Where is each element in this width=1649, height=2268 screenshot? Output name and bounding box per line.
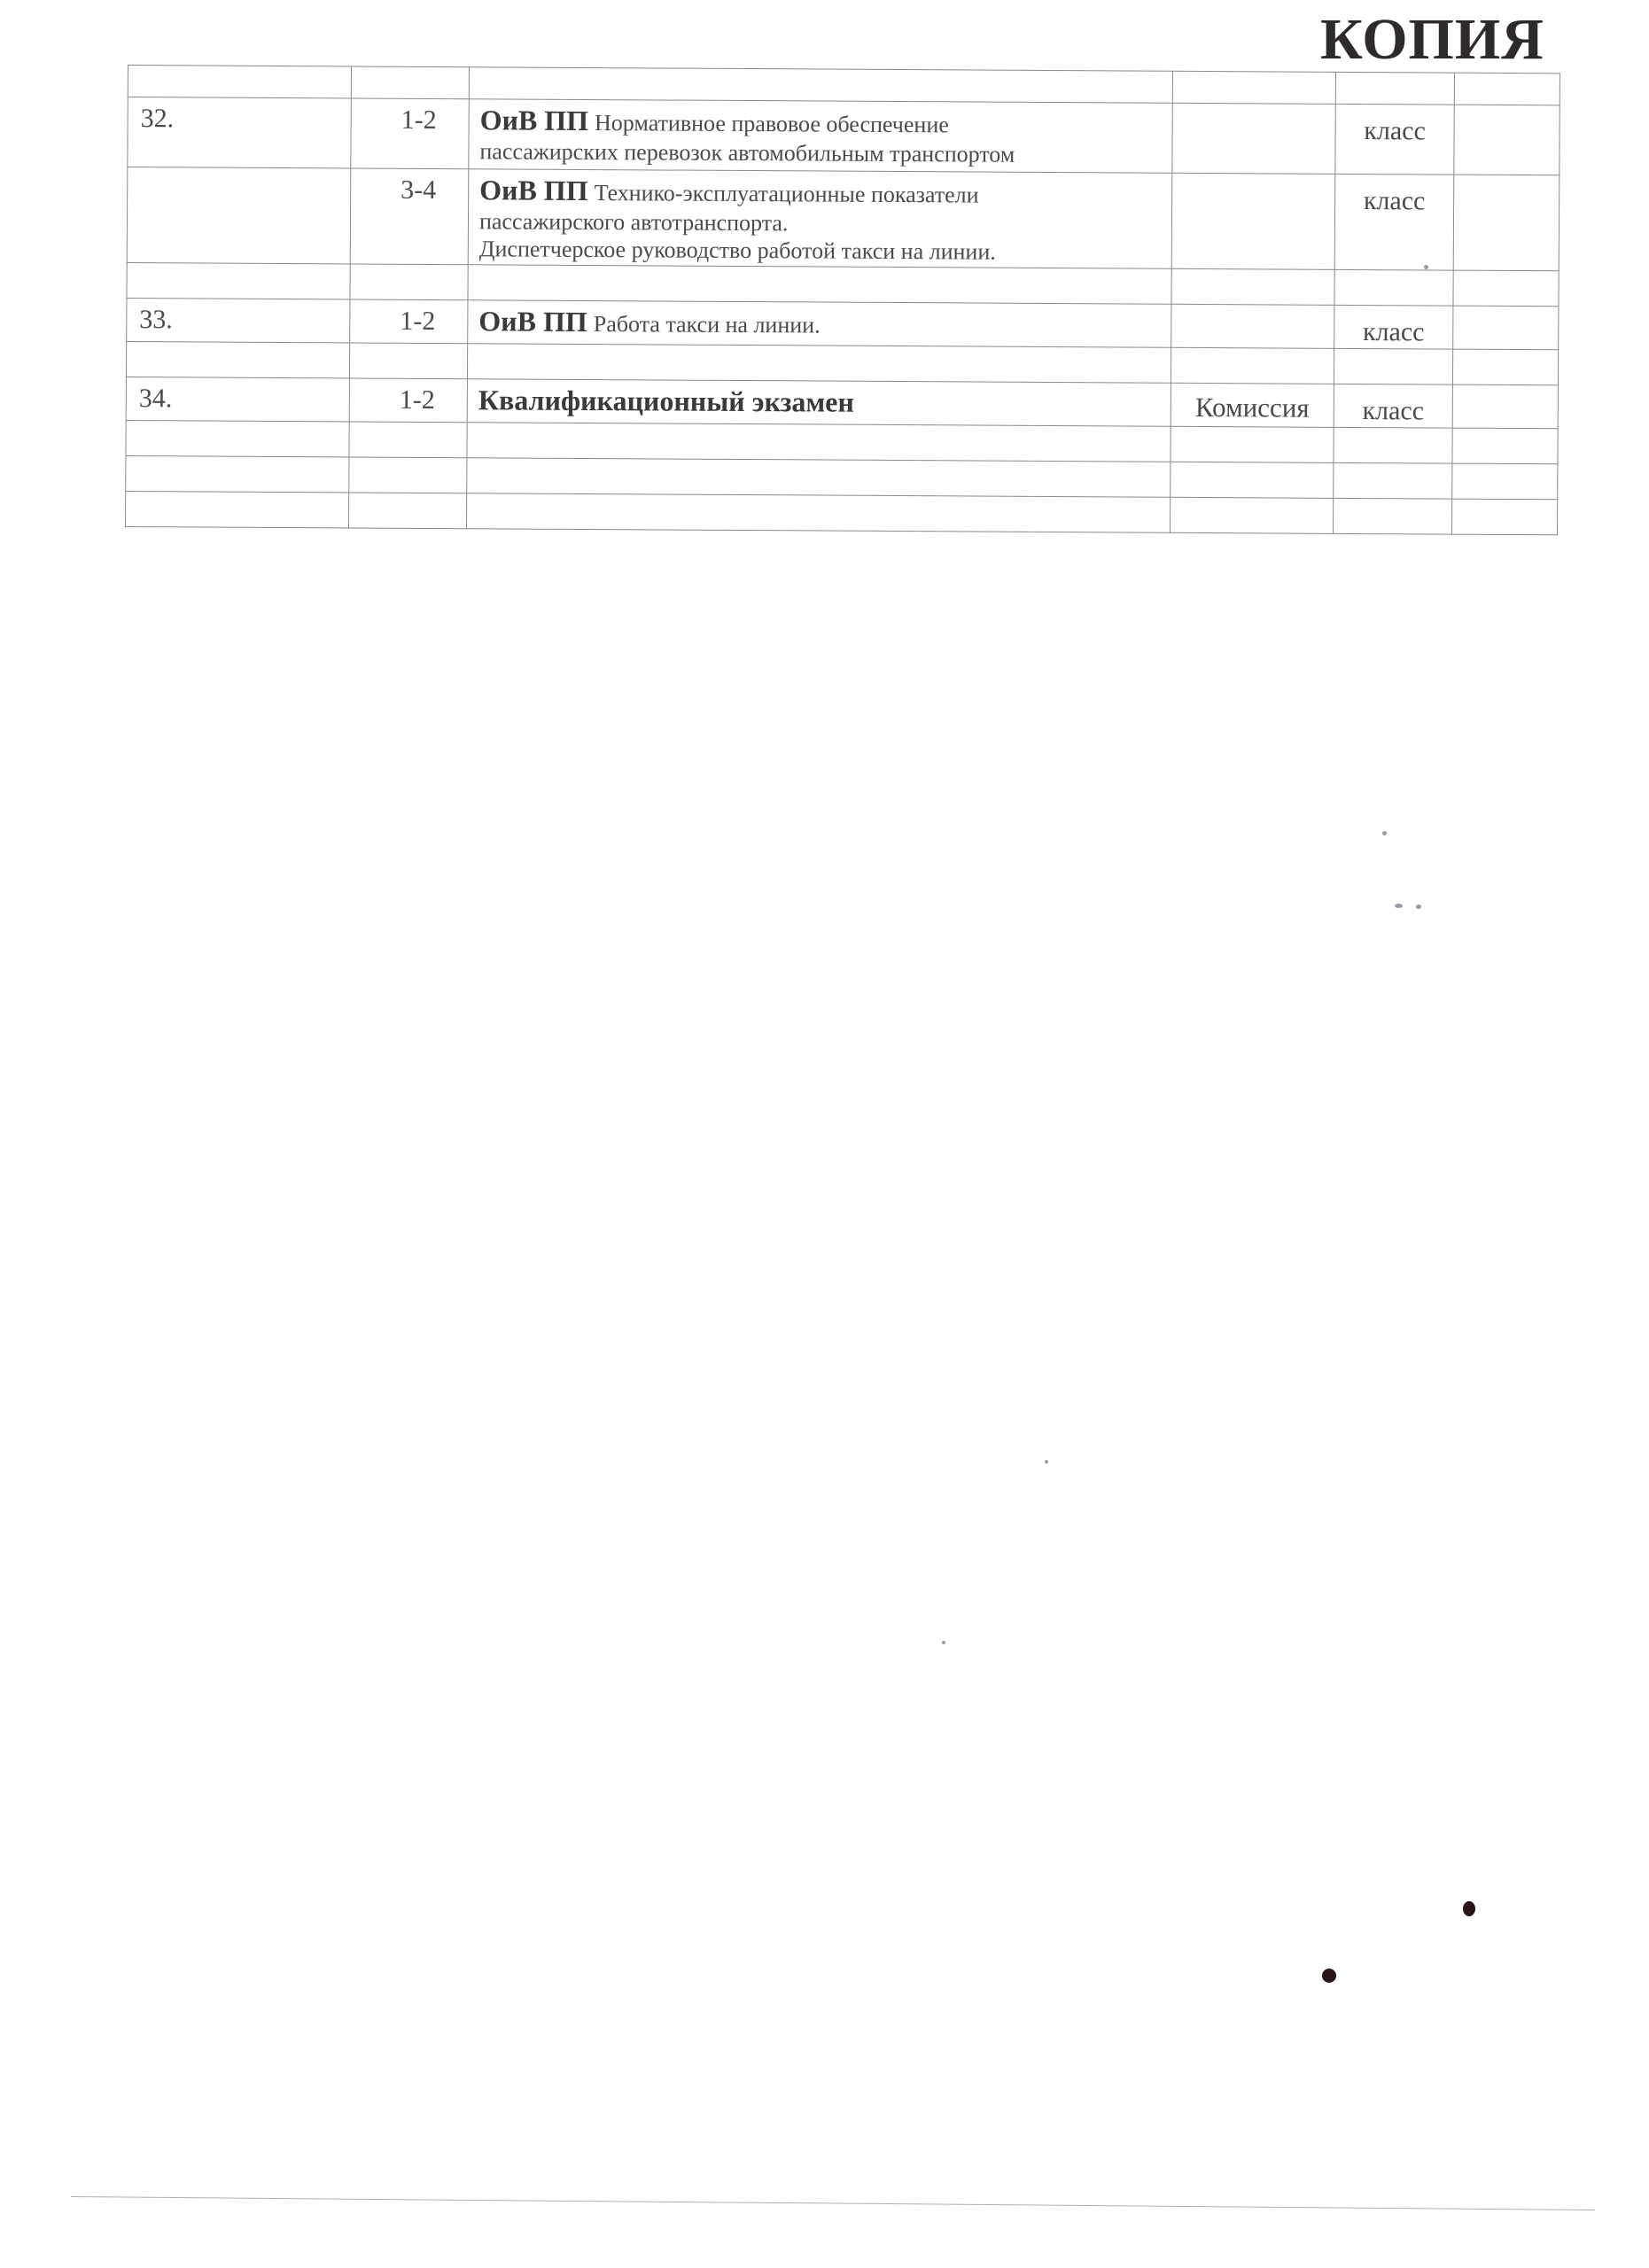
scan-dust bbox=[1416, 905, 1421, 909]
cell-teacher bbox=[1171, 426, 1334, 462]
cell-number bbox=[126, 455, 349, 492]
copy-stamp: КОПИЯ bbox=[1320, 11, 1544, 69]
cell-place bbox=[1333, 498, 1451, 534]
cell-topic bbox=[467, 344, 1171, 384]
cell-teacher: Комиссия bbox=[1171, 383, 1334, 427]
cell-note bbox=[1452, 349, 1558, 385]
cell-teacher bbox=[1171, 347, 1334, 384]
topic-text: Нормативное правовое обеспечение bbox=[595, 110, 949, 137]
cell-note bbox=[1452, 384, 1558, 429]
cell-note bbox=[1454, 73, 1560, 105]
cell-teacher bbox=[1172, 71, 1335, 104]
cell-place bbox=[1334, 462, 1452, 499]
cell-teacher bbox=[1171, 304, 1334, 348]
topic-text: Работа такси на линии. bbox=[594, 311, 821, 338]
cell-note bbox=[1453, 175, 1560, 271]
cell-place: класс bbox=[1335, 104, 1454, 175]
scan-dust bbox=[942, 1641, 945, 1644]
topic-text: пассажирского автотранспорта. bbox=[479, 207, 1171, 239]
cell-place bbox=[1335, 72, 1454, 105]
cell-topic bbox=[466, 493, 1170, 533]
cell-note bbox=[1454, 105, 1560, 175]
cell-teacher bbox=[1171, 462, 1334, 498]
exam-title: Квалификационный экзамен bbox=[478, 384, 854, 417]
cell-number: 32. bbox=[128, 97, 351, 168]
cell-number bbox=[127, 262, 350, 299]
cell-note bbox=[1453, 306, 1559, 350]
cell-hours: 3-4 bbox=[350, 168, 469, 265]
cell-number: 33. bbox=[127, 298, 350, 342]
cell-hours: 1-2 bbox=[351, 98, 469, 169]
topic-prefix: ОиВ ПП bbox=[478, 305, 587, 338]
cell-note bbox=[1452, 463, 1558, 500]
ink-speck bbox=[1322, 1969, 1336, 1983]
cell-hours bbox=[349, 457, 467, 493]
cell-place: класс bbox=[1334, 384, 1452, 428]
schedule-table: 32. 1-2 ОиВ ПП Нормативное правовое обес… bbox=[125, 65, 1560, 535]
cell-topic bbox=[467, 458, 1171, 498]
cell-note bbox=[1452, 428, 1558, 464]
cell-teacher bbox=[1170, 497, 1333, 533]
cell-topic: ОиВ ПП Технико-эксплуатационные показате… bbox=[468, 169, 1172, 269]
cell-topic bbox=[467, 423, 1171, 462]
cell-place: класс bbox=[1334, 174, 1454, 270]
cell-note bbox=[1451, 499, 1557, 535]
topic-text: пассажирских перевозок автомобильным тра… bbox=[479, 137, 1171, 169]
cell-topic: Квалификационный экзамен bbox=[467, 379, 1171, 427]
cell-number bbox=[128, 66, 351, 98]
topic-text: Технико-эксплуатационные показатели bbox=[595, 180, 979, 207]
cell-topic: ОиВ ПП Работа такси на линии. bbox=[468, 300, 1171, 348]
cell-place bbox=[1334, 348, 1452, 384]
cell-number bbox=[125, 491, 348, 527]
topic-text: Диспетчерское руководство работой такси … bbox=[479, 235, 1171, 267]
cell-teacher bbox=[1172, 103, 1335, 174]
scan-dust bbox=[1382, 831, 1387, 835]
scan-dust bbox=[1395, 904, 1403, 908]
cell-topic: ОиВ ПП Нормативное правовое обеспечение … bbox=[469, 99, 1172, 174]
cell-hours bbox=[349, 422, 467, 458]
cell-hours bbox=[349, 343, 467, 379]
cell-hours bbox=[350, 264, 468, 300]
table-row-empty bbox=[125, 491, 1557, 534]
cell-topic bbox=[469, 67, 1172, 104]
cell-place bbox=[1334, 427, 1452, 463]
cell-hours bbox=[351, 66, 469, 99]
cell-hours bbox=[348, 493, 466, 529]
cell-teacher bbox=[1171, 268, 1334, 305]
scan-dust bbox=[1045, 1460, 1048, 1464]
table-row-lesson: 32. 1-2 ОиВ ПП Нормативное правовое обес… bbox=[128, 97, 1560, 175]
cell-topic bbox=[468, 265, 1171, 305]
cell-number: 34. bbox=[126, 377, 349, 421]
cell-number bbox=[127, 167, 351, 264]
cell-hours: 1-2 bbox=[350, 299, 468, 344]
cell-number bbox=[126, 420, 349, 456]
topic-prefix: ОиВ ПП bbox=[480, 104, 589, 136]
scan-edge-line bbox=[71, 2196, 1595, 2210]
cell-number bbox=[126, 341, 349, 377]
cell-place: класс bbox=[1334, 305, 1453, 349]
ink-speck bbox=[1463, 1901, 1475, 1916]
topic-prefix: ОиВ ПП bbox=[479, 174, 588, 206]
cell-hours: 1-2 bbox=[349, 378, 467, 423]
cell-note bbox=[1453, 270, 1559, 307]
table-row-lesson: 3-4 ОиВ ПП Технико-эксплуатационные пока… bbox=[127, 167, 1560, 271]
cell-teacher bbox=[1171, 173, 1335, 269]
cell-place bbox=[1334, 269, 1453, 306]
scan-dust bbox=[1424, 265, 1428, 269]
